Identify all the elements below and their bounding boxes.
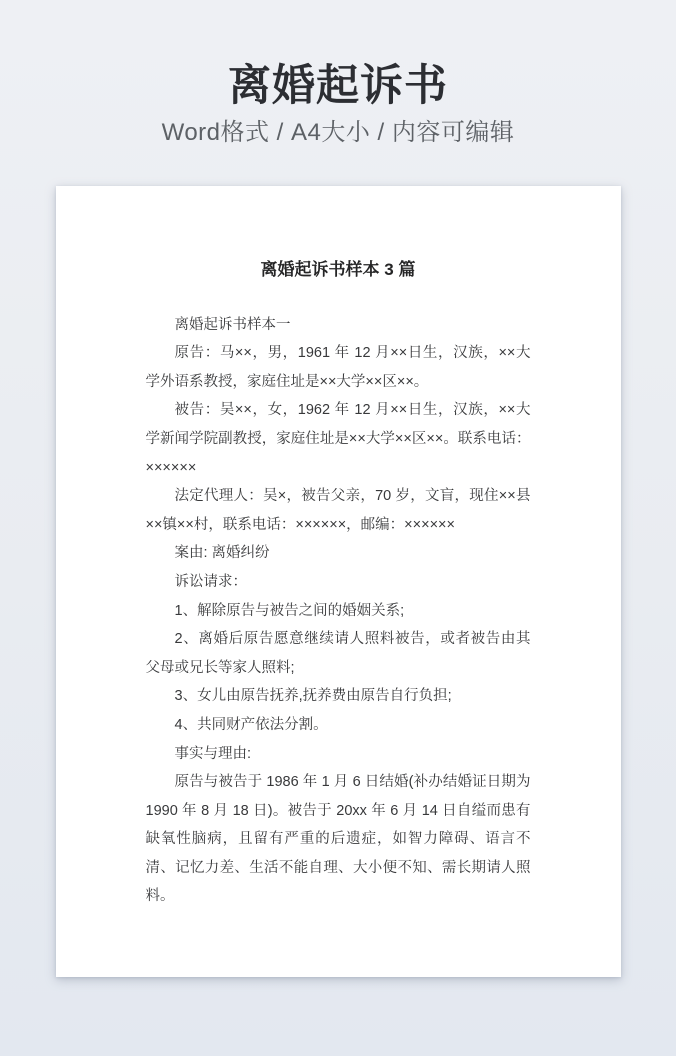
document-paragraph: 案由: 离婚纠纷: [146, 539, 531, 568]
header: 离婚起诉书 Word格式 / A4大小 / 内容可编辑: [0, 0, 676, 147]
document-paragraph: 诉讼请求：: [146, 568, 531, 597]
document-paragraph: 离婚起诉书样本一: [146, 311, 531, 340]
page-title: 离婚起诉书: [0, 60, 676, 112]
document-paragraph: 原告与被告于 1986 年 1 月 6 日结婚(补办结婚证日期为 1990 年 …: [146, 768, 531, 911]
document-paragraph: 1、解除原告与被告之间的婚姻关系;: [146, 597, 531, 626]
document-paragraph: 4、共同财产依法分割。: [146, 711, 531, 740]
document-title: 离婚起诉书样本 3 篇: [146, 256, 531, 285]
document-paragraph: 原告：马××，男，1961 年 12 月××日生，汉族，××大学外语系教授，家庭…: [146, 339, 531, 396]
document-paper: 离婚起诉书样本 3 篇 离婚起诉书样本一原告：马××，男，1961 年 12 月…: [56, 186, 621, 977]
document-paragraph: 事实与理由:: [146, 740, 531, 769]
page-background: 离婚起诉书 Word格式 / A4大小 / 内容可编辑 离婚起诉书样本 3 篇 …: [0, 0, 676, 1056]
page-subtitle: Word格式 / A4大小 / 内容可编辑: [0, 119, 676, 147]
document-paragraph: 3、女儿由原告抚养,抚养费由原告自行负担;: [146, 682, 531, 711]
document-paragraph: 法定代理人：吴×，被告父亲，70 岁，文盲，现住××县××镇××村，联系电话：×…: [146, 482, 531, 539]
document-body: 离婚起诉书样本一原告：马××，男，1961 年 12 月××日生，汉族，××大学…: [146, 311, 531, 911]
document-paragraph: 被告：吴××，女，1962 年 12 月××日生，汉族，××大学新闻学院副教授，…: [146, 396, 531, 482]
document-paragraph: 2、离婚后原告愿意继续请人照料被告，或者被告由其父母或兄长等家人照料;: [146, 625, 531, 682]
